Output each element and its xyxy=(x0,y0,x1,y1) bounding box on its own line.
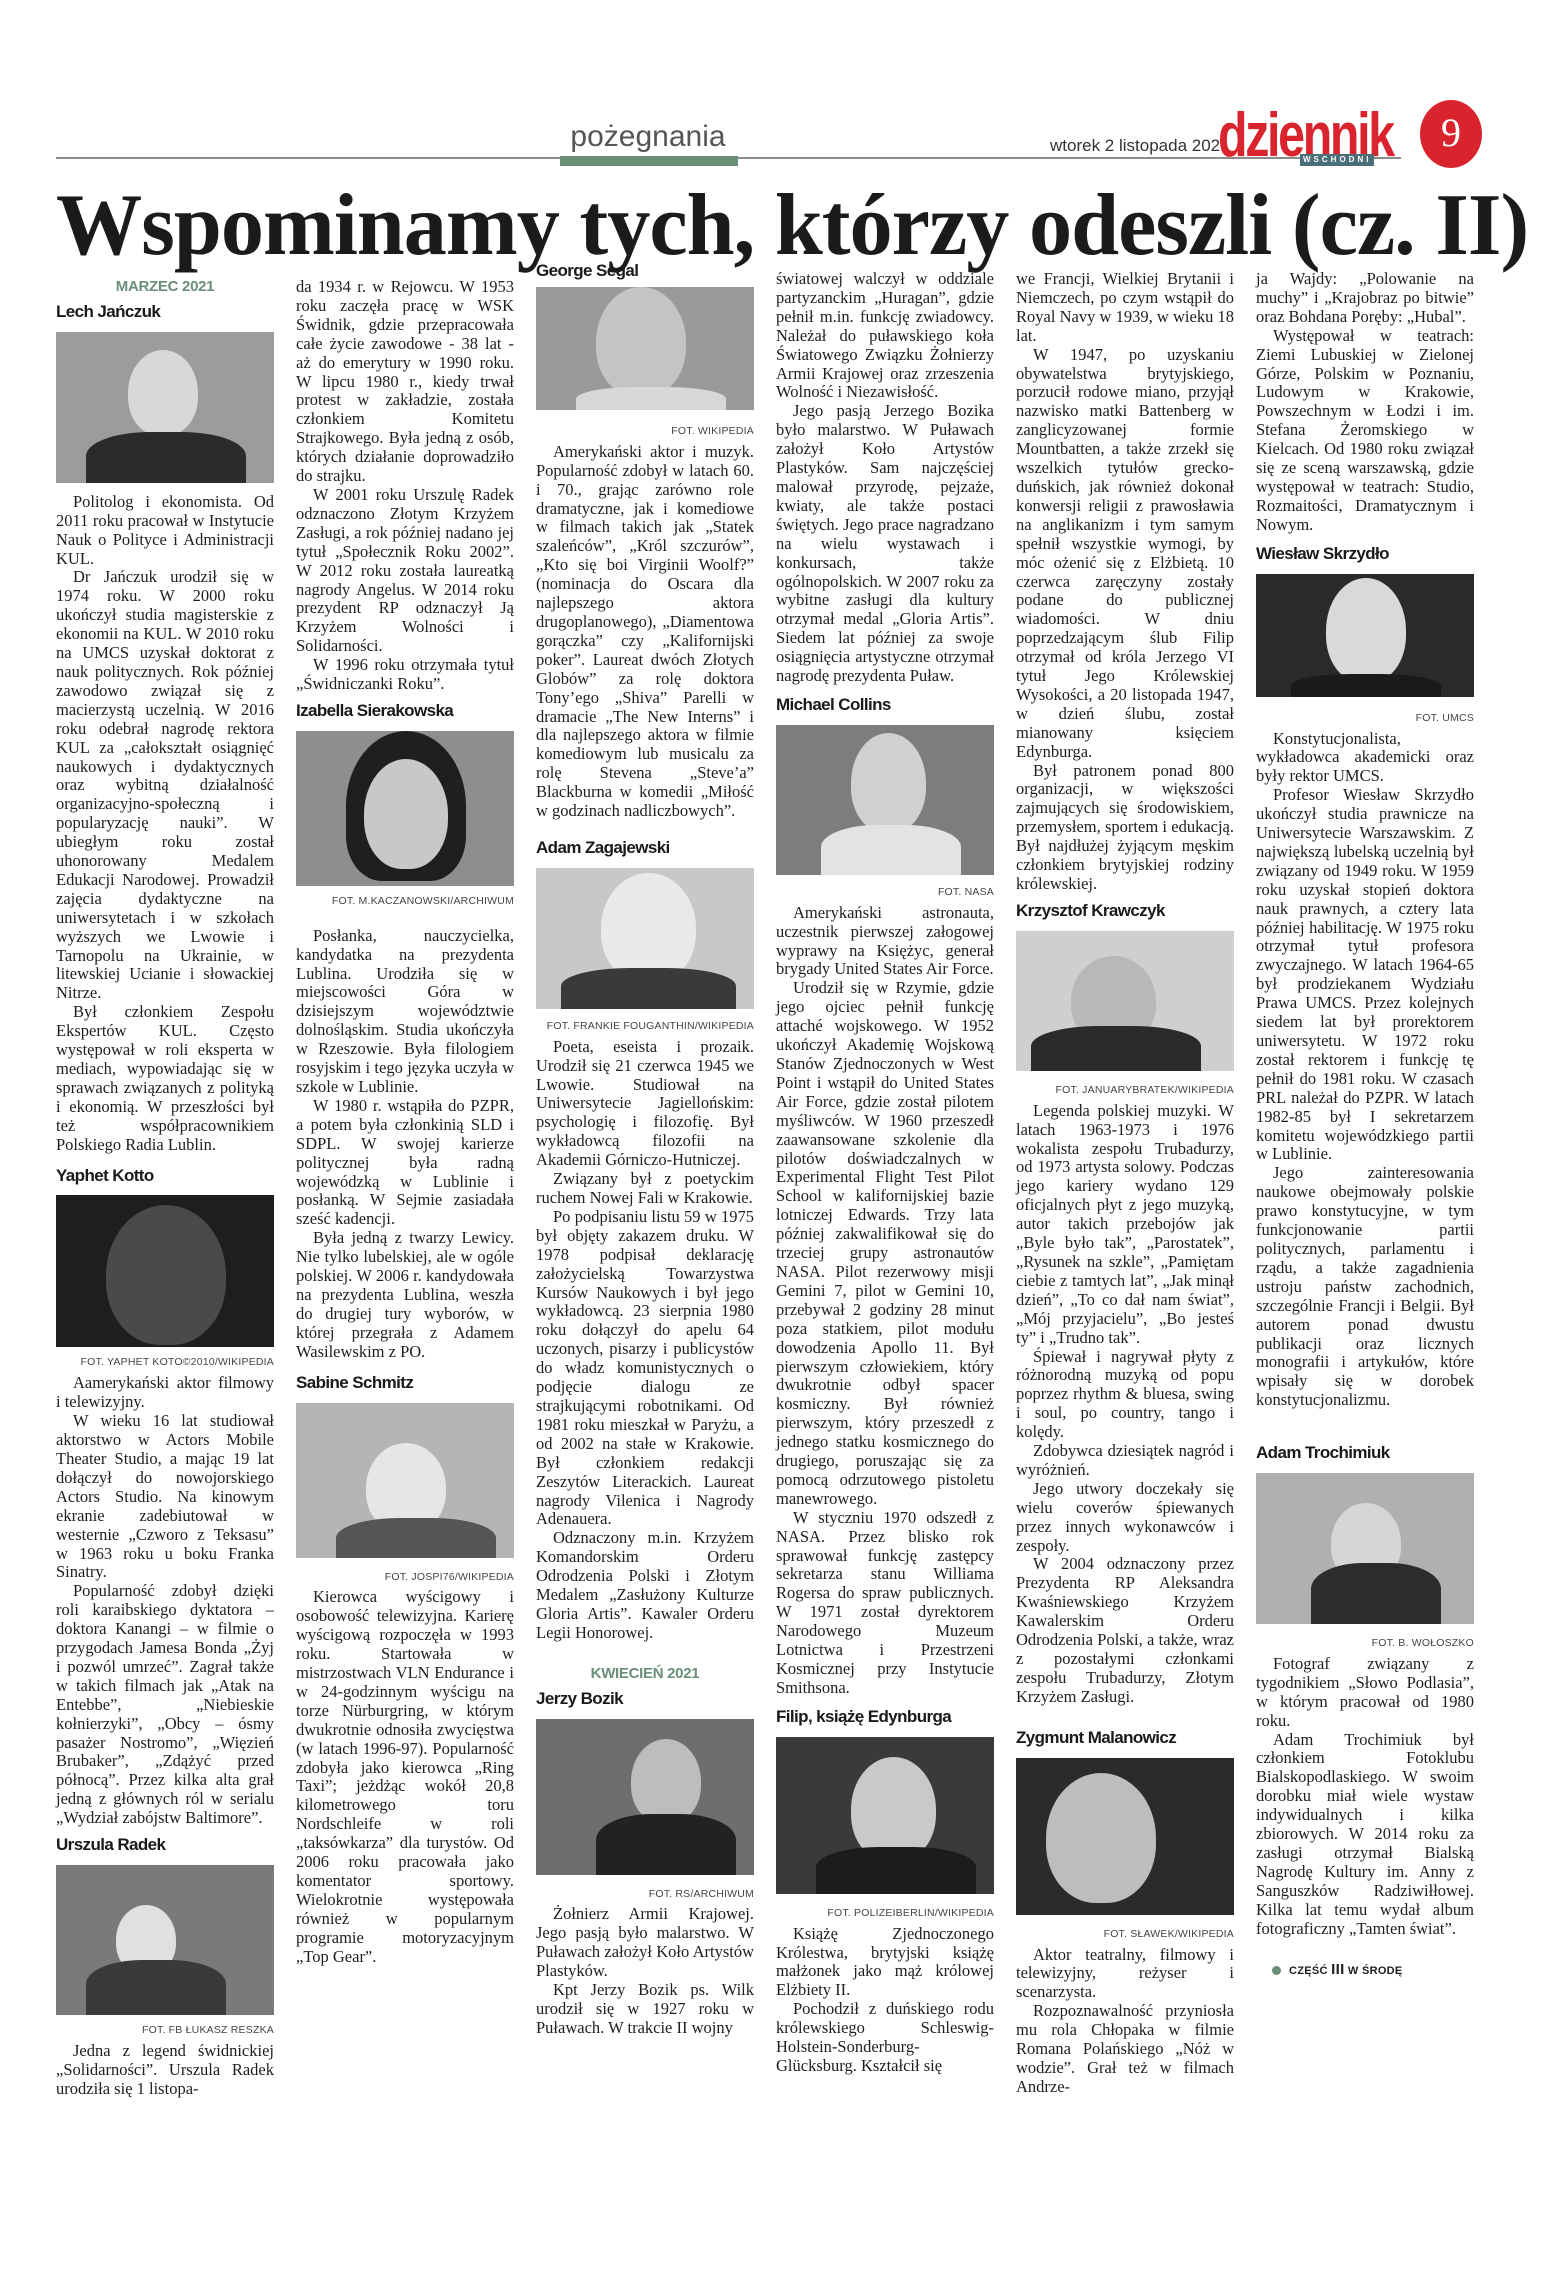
obituary-text: Książę Zjednoczonego Królestwa, brytyjsk… xyxy=(776,1925,994,2001)
portrait-photo-yaphet-kotto xyxy=(56,1195,274,1347)
obituary-text: W styczniu 1970 odszedł z NASA. Przez bl… xyxy=(776,1509,994,1698)
obituary-name: Urszula Radek xyxy=(56,1836,274,1855)
obituary-text: Amerykański astronauta, uczestnik pierws… xyxy=(776,904,994,980)
obituary-name: Michael Collins xyxy=(776,696,994,715)
obituary-text: Aktor teatralny, filmowy i telewizyjny, … xyxy=(1016,1946,1234,2003)
obituary-name: Jerzy Bozik xyxy=(536,1690,754,1709)
obituary-text: Konstytucjonalista, wykładowca akademick… xyxy=(1256,730,1474,787)
photo-credit: FOT. YAPHET KOTO©2010/WIKIPEDIA xyxy=(56,1353,274,1372)
obituary-text: Fotograf związany z tygodnikiem „Słowo P… xyxy=(1256,1655,1474,1731)
obituary-text: Profesor Wiesław Skrzydło ukończył studi… xyxy=(1256,786,1474,1164)
bullet-dot-icon xyxy=(1272,1966,1281,1975)
continued-suffix: W ŚRODĘ xyxy=(1348,1965,1403,1977)
obituary-text: Po podpisaniu listu 59 w 1975 był objęty… xyxy=(536,1208,754,1529)
obituary-text: Jedna z legend świdnickiej „Solidarności… xyxy=(56,2042,274,2099)
obituary-text: W 2004 odznaczony przez Prezydenta RP Al… xyxy=(1016,1555,1234,1706)
obituary-text: Amerykański aktor i muzyk. Popularność z… xyxy=(536,443,754,821)
photo-credit: FOT. JANUARYBRATEK/WIKIPEDIA xyxy=(1016,1081,1234,1100)
photo-credit: FOT. WIKIPEDIA xyxy=(536,422,754,441)
photo-credit: FOT. FRANKIE FOUGANTHIN/WIKIPEDIA xyxy=(536,1017,754,1036)
portrait-photo-sabine-schmitz xyxy=(296,1403,514,1558)
obituary-text: Był członkiem Zespołu Ekspertów KUL. Czę… xyxy=(56,1003,274,1154)
obituary-text: Rozpoznawalność przyniosła mu rola Chłop… xyxy=(1016,2002,1234,2097)
portrait-photo-izabella-sierakowska xyxy=(296,731,514,886)
portrait-photo-adam-zagajewski xyxy=(536,868,754,1009)
photo-credit: FOT. SŁAWEK/WIKIPEDIA xyxy=(1016,1925,1234,1944)
obituary-text: Związany był z poetyckim ruchem Nowej Fa… xyxy=(536,1170,754,1208)
obituary-text: Występował w teatrach: Ziemi Lubuskiej w… xyxy=(1256,327,1474,535)
photo-credit: FOT. RS/ARCHIWUM xyxy=(536,1885,754,1904)
obituary-text: Odznaczony m.in. Krzyżem Komandorskim Or… xyxy=(536,1529,754,1642)
photo-credit: FOT. M.KACZANOWSKI/ARCHIWUM xyxy=(296,892,514,911)
obituary-text: Poeta, eseista i prozaik. Urodził się 21… xyxy=(536,1038,754,1170)
obituary-text: Jego utwory doczekały się wielu coverów … xyxy=(1016,1480,1234,1556)
page-headline: Wspominamy tych, którzy odeszli (cz. II) xyxy=(56,178,1457,274)
section-label: pożegnania xyxy=(558,120,738,154)
photo-credit: FOT. FB ŁUKASZ RESZKA xyxy=(56,2021,274,2040)
obituary-text: Legenda polskiej muzyki. W latach 1963-1… xyxy=(1016,1102,1234,1348)
photo-credit: FOT. UMCS xyxy=(1256,709,1474,728)
column-2: da 1934 r. w Rejowcu. W 1953 roku zaczęł… xyxy=(296,270,514,1967)
newspaper-logo-subtitle: WSCHODNI xyxy=(1300,154,1374,166)
obituary-text: Dr Jańczuk urodził się w 1974 roku. W 20… xyxy=(56,568,274,1003)
obituary-text: W wieku 16 lat studiował aktorstwo w Act… xyxy=(56,1412,274,1582)
portrait-photo-adam-trochimiuk xyxy=(1256,1473,1474,1624)
obituary-text: Był patronem ponad 800 organizacji, w wi… xyxy=(1016,762,1234,894)
obituary-text: Zdobywca dziesiątek nagród i wyróżnień. xyxy=(1016,1442,1234,1480)
obituary-text: Kpt Jerzy Bozik ps. Wilk urodził się w 1… xyxy=(536,1981,754,2038)
photo-credit: FOT. NASA xyxy=(776,883,994,902)
page-number-badge: 9 xyxy=(1420,100,1482,168)
obituary-text: Aamerykański aktor filmowy i telewizyjny… xyxy=(56,1374,274,1412)
column-1: MARZEC 2021 Lech Jańczuk Politolog i eko… xyxy=(56,270,274,2099)
photo-credit: FOT. B. WOŁOSZKO xyxy=(1256,1634,1474,1653)
obituary-text: Kierowca wyścigowy i osobowość telewizyj… xyxy=(296,1588,514,1966)
column-4: światowej walczył w oddziale partyzancki… xyxy=(776,270,994,2076)
column-6: ja Wajdy: „Polowanie na muchy” i „Krajob… xyxy=(1256,270,1474,1980)
photo-credit: FOT. JOSPI76/WIKIPEDIA xyxy=(296,1568,514,1587)
obituary-text: W 1980 r. wstąpiła do PZPR, a potem była… xyxy=(296,1097,514,1229)
newspaper-page: pożegnania wtorek 2 listopada 2021 dzien… xyxy=(0,0,1558,2281)
obituary-name: Lech Jańczuk xyxy=(56,303,274,322)
obituary-text: światowej walczył w oddziale partyzancki… xyxy=(776,270,994,402)
obituary-text: Jego pasją Jerzego Bozika było malarstwo… xyxy=(776,402,994,686)
month-label-april: KWIECIEŃ 2021 xyxy=(536,1665,754,1684)
obituary-name: Adam Zagajewski xyxy=(536,839,754,858)
issue-date: wtorek 2 listopada 2021 xyxy=(1050,136,1230,156)
month-label-march: MARZEC 2021 xyxy=(56,278,274,297)
obituary-text: Żołnierz Armii Krajowej. Jego pasją było… xyxy=(536,1905,754,1981)
continued-part-number: III xyxy=(1331,1961,1344,1978)
obituary-name: Izabella Sierakowska xyxy=(296,702,514,721)
obituary-name: Filip, książę Edynburga xyxy=(776,1708,994,1727)
obituary-text: Posłanka, nauczycielka, kandydatka na pr… xyxy=(296,927,514,1097)
obituary-text: W 1947, po uzyskaniu obywatelstwa brytyj… xyxy=(1016,346,1234,762)
portrait-photo-lech-janczuk xyxy=(56,332,274,483)
photo-credit: FOT. POLIZEIBERLIN/WIKIPEDIA xyxy=(776,1904,994,1923)
obituary-name: Sabine Schmitz xyxy=(296,1374,514,1393)
column-5: we Francji, Wielkiej Brytanii i Niemczec… xyxy=(1016,270,1234,2097)
section-accent-bar xyxy=(560,156,738,166)
obituary-text: Jego zainteresowania naukowe obejmowały … xyxy=(1256,1164,1474,1410)
continued-notice: CZĘŚĆ III W ŚRODĘ xyxy=(1256,1961,1474,1981)
portrait-photo-zygmunt-malanowicz xyxy=(1016,1758,1234,1915)
obituary-name: Wiesław Skrzydło xyxy=(1256,545,1474,564)
portrait-photo-krzysztof-krawczyk xyxy=(1016,931,1234,1071)
obituary-text: ja Wajdy: „Polowanie na muchy” i „Krajob… xyxy=(1256,270,1474,327)
obituary-name: Zygmunt Malanowicz xyxy=(1016,1729,1234,1748)
continued-prefix: CZĘŚĆ xyxy=(1289,1965,1328,1977)
obituary-text: Urodził się w Rzymie, gdzie jego ojciec … xyxy=(776,979,994,1508)
portrait-photo-prince-philip xyxy=(776,1737,994,1894)
obituary-text: W 1996 roku otrzymała tytuł „Świdniczank… xyxy=(296,656,514,694)
obituary-text: Była jedną z twarzy Lewicy. Nie tylko lu… xyxy=(296,1229,514,1361)
portrait-photo-wieslaw-skrzydlo xyxy=(1256,574,1474,697)
obituary-text: Adam Trochimiuk był członkiem Fotoklubu … xyxy=(1256,1731,1474,1939)
obituary-text: we Francji, Wielkiej Brytanii i Niemczec… xyxy=(1016,270,1234,346)
obituary-text: Pochodził z duńskiego rodu królewskiego … xyxy=(776,2000,994,2076)
obituary-text: Śpiewał i nagrywał płyty z różnorodną mu… xyxy=(1016,1348,1234,1443)
obituary-name: Adam Trochimiuk xyxy=(1256,1444,1474,1463)
portrait-photo-jerzy-bozik xyxy=(536,1719,754,1875)
portrait-photo-urszula-radek xyxy=(56,1865,274,2015)
obituary-text: Politolog i ekonomista. Od 2011 roku pra… xyxy=(56,493,274,569)
portrait-photo-george-segal xyxy=(536,287,754,410)
obituary-text: Popularność zdobył dzięki roli karaibski… xyxy=(56,1582,274,1828)
obituary-text: da 1934 r. w Rejowcu. W 1953 roku zaczęł… xyxy=(296,278,514,486)
obituary-name: George Segal xyxy=(536,262,754,281)
column-3: George Segal FOT. WIKIPEDIA Amerykański … xyxy=(536,262,754,2038)
portrait-photo-michael-collins xyxy=(776,725,994,875)
obituary-name: Yaphet Kotto xyxy=(56,1167,274,1186)
obituary-text: W 2001 roku Urszulę Radek odznaczono Zło… xyxy=(296,486,514,656)
obituary-name: Krzysztof Krawczyk xyxy=(1016,902,1234,921)
